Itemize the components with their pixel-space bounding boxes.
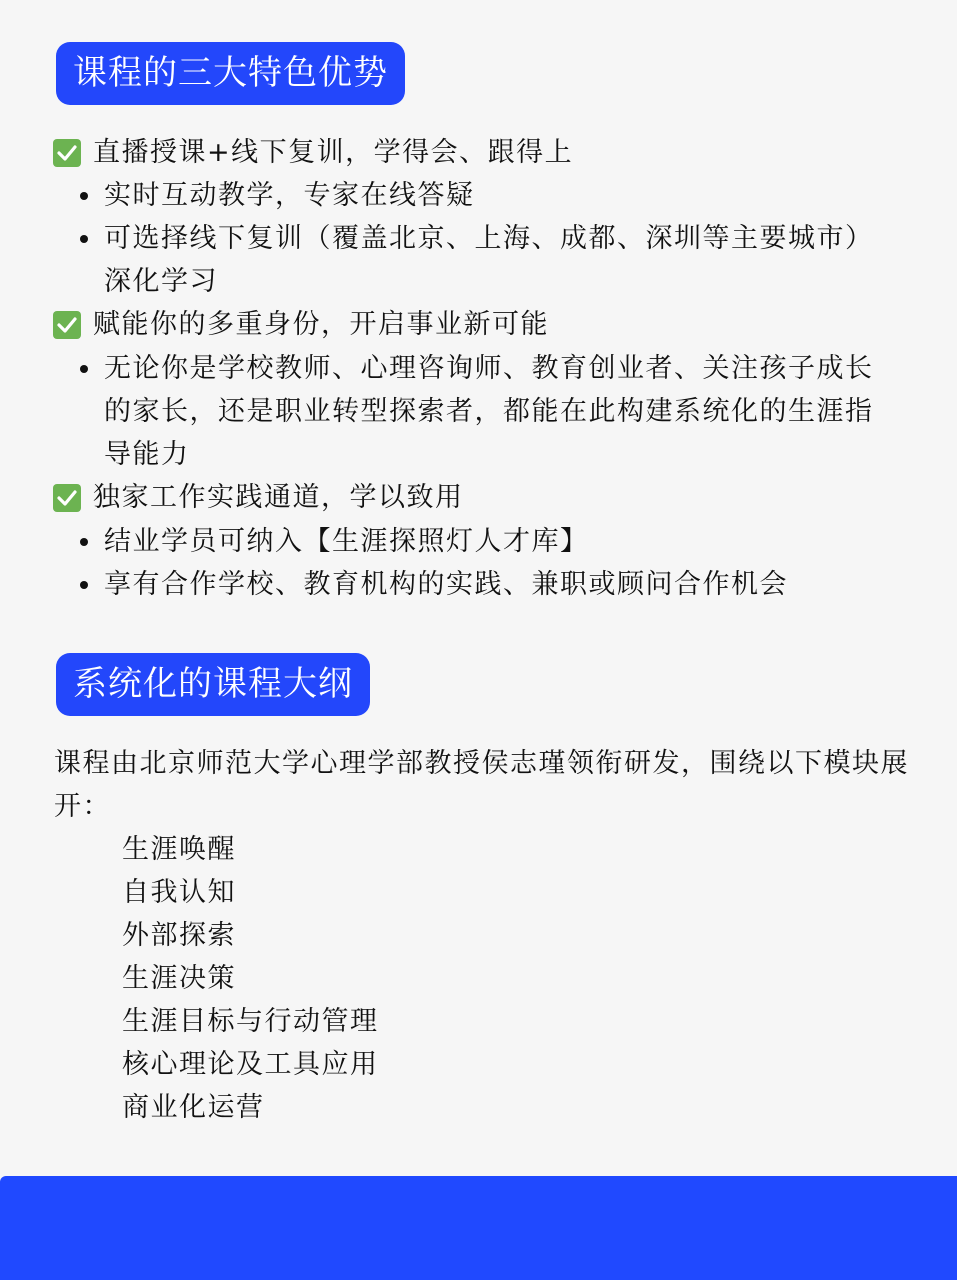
feature-bullet-continued: 导能力 [104,433,190,476]
section-heading-features: 课程的三大特色优势 [56,42,405,105]
checkbox-checked-icon [53,311,81,339]
bullet-icon [80,235,88,243]
checkbox-checked-icon [53,139,81,167]
bottom-banner [0,1176,957,1280]
bullet-icon [80,538,88,546]
feature-bullet: 无论你是学校教师、心理咨询师、教育创业者、关注孩子成长 [104,347,874,390]
feature-bullet-continued: 的家长，还是职业转型探索者，都能在此构建系统化的生涯指 [104,390,874,433]
syllabus-intro-continued: 开： [54,785,111,828]
syllabus-intro: 课程由北京师范大学心理学部教授侯志瑾领衔研发，围绕以下模块展 [54,742,909,785]
feature-bullet: 结业学员可纳入【生涯探照灯人才库】 [104,520,589,563]
section-heading-syllabus: 系统化的课程大纲 [56,653,370,716]
module-item: 生涯决策 [122,957,236,1000]
feature-bullet: 实时互动教学，专家在线答疑 [104,174,475,217]
feature-title: 独家工作实践通道，学以致用 [93,476,464,519]
feature-bullet-continued: 深化学习 [104,260,218,303]
module-item: 商业化运营 [122,1086,265,1129]
feature-bullet: 享有合作学校、教育机构的实践、兼职或顾问合作机会 [104,563,788,606]
module-item: 生涯唤醒 [122,828,236,871]
bullet-icon [80,192,88,200]
module-item: 核心理论及工具应用 [122,1043,379,1086]
bullet-icon [80,581,88,589]
module-item: 外部探索 [122,914,236,957]
feature-bullet: 可选择线下复训（覆盖北京、上海、成都、深圳等主要城市） [104,217,874,260]
module-item: 生涯目标与行动管理 [122,1000,379,1043]
feature-title: 赋能你的多重身份，开启事业新可能 [93,303,549,346]
module-item: 自我认知 [122,871,236,914]
checkbox-checked-icon [53,484,81,512]
feature-title: 直播授课+线下复训，学得会、跟得上 [93,131,573,174]
bullet-icon [80,365,88,373]
